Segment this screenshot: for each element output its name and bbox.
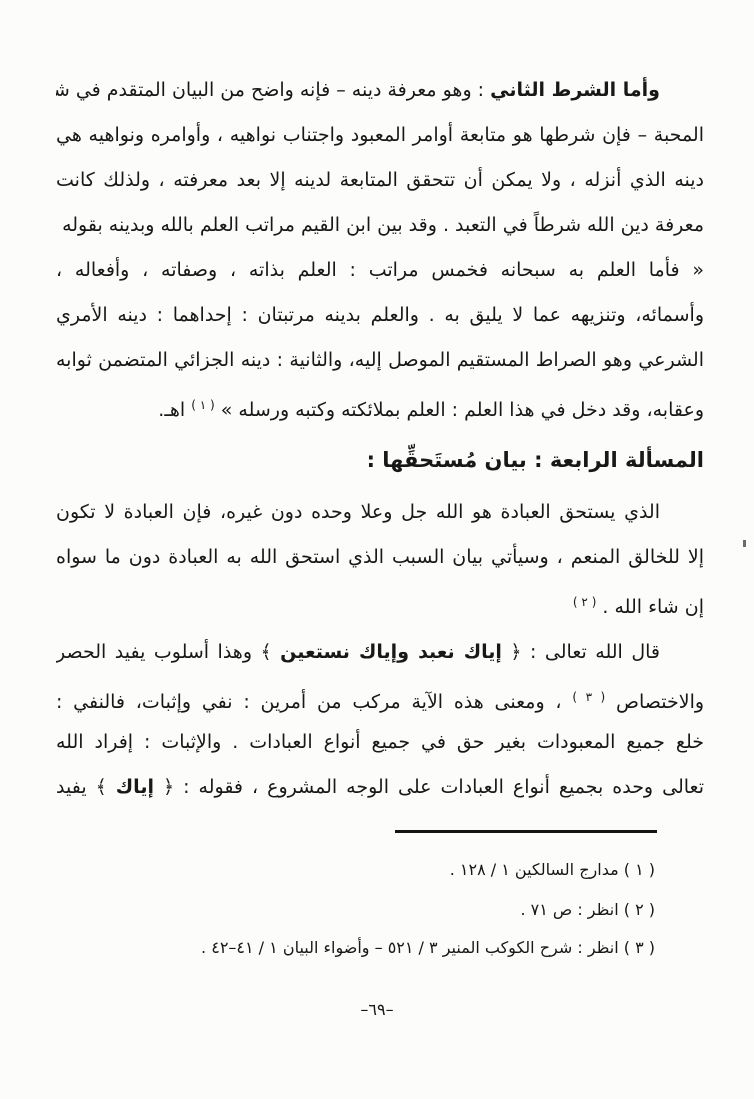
text-line: معرفة دين الله شرطاً في التعبد . وقد بين… (56, 203, 704, 248)
text-segment: معرفة دين الله شرطاً في التعبد . وقد بين… (56, 214, 704, 236)
text-segment: ﴾ يفيد (56, 776, 116, 798)
paragraph: الذي يستحق العبادة هو الله جل وعلا وحده … (56, 490, 704, 625)
footnote: ( ١ ) مدارج السالكين ١ / ١٢٨ . (90, 850, 655, 890)
text-segment: إياك نعبد وإياك نستعين (280, 641, 502, 663)
text-line: الذي يستحق العبادة هو الله جل وعلا وحده … (56, 490, 704, 535)
text-segment: ﴾ وهذا أسلوب يفيد الحصر (56, 641, 280, 663)
text-segment: إلا للخالق المنعم ، وسيأتي بيان السبب ال… (56, 546, 704, 568)
text-segment: اهـ. (158, 399, 191, 421)
text-segment: قال الله تعالى : ﴿ (502, 641, 660, 663)
text-segment: دينه الذي أنزله ، ولا يمكن أن تتحقق المت… (56, 169, 704, 191)
text-segment: المحبة – فإن شرطها هو متابعة أوامر المعب… (56, 124, 704, 146)
section-heading: المسألة الرابعة : بيان مُستَحقِّها : (56, 438, 704, 483)
scanned-book-page: وأما الشرط الثاني : وهو معرفة دينه – فإن… (0, 0, 754, 1099)
text-line: وأسمائه، وتنزيهه عما لا يليق به . والعلم… (56, 293, 704, 338)
text-line: دينه الذي أنزله ، ولا يمكن أن تتحقق المت… (56, 158, 704, 203)
text-line: « فأما العلم به سبحانه فخمس مراتب : العل… (56, 248, 704, 293)
text-line: والاختصاص ( ٣ ) ، ومعنى هذه الآية مركب م… (56, 675, 704, 720)
text-line: خلع جميع المعبودات بغير حق في جميع أنواع… (56, 720, 704, 765)
text-line: تعالى وحده بجميع أنواع العبادات على الوج… (56, 765, 704, 810)
text-segment: وعقابه، وقد دخل في هذا العلم : العلم بمل… (215, 399, 704, 421)
text-line: إن شاء الله . ( ٢ ) (56, 580, 704, 625)
text-line: المحبة – فإن شرطها هو متابعة أوامر المعب… (56, 113, 704, 158)
paragraph: وأما الشرط الثاني : وهو معرفة دينه – فإن… (56, 68, 704, 428)
text-segment: والاختصاص (605, 691, 704, 713)
text-segment: الشرعي وهو الصراط المستقيم الموصل إليه، … (56, 349, 704, 371)
text-segment: خلع جميع المعبودات بغير حق في جميع أنواع… (56, 731, 704, 753)
footnote-marker: ( ٢ ) (573, 595, 596, 609)
paragraph: قال الله تعالى : ﴿ إياك نعبد وإياك نستعي… (56, 630, 704, 810)
text-line: وعقابه، وقد دخل في هذا العلم : العلم بمل… (56, 383, 704, 428)
scan-speck (743, 540, 746, 547)
text-line: إلا للخالق المنعم ، وسيأتي بيان السبب ال… (56, 535, 704, 580)
text-line: الشرعي وهو الصراط المستقيم الموصل إليه، … (56, 338, 704, 383)
text-segment: « فأما العلم به سبحانه فخمس مراتب : العل… (56, 259, 704, 281)
footnote-marker: ( ١ ) (191, 398, 214, 412)
footnote: ( ٣ ) انظر : شرح الكوكب المنير ٣ / ٥٢١ –… (90, 928, 655, 968)
footnote-marker: ( ٣ ) (572, 690, 605, 704)
text-segment: وأسمائه، وتنزيهه عما لا يليق به . والعلم… (56, 304, 704, 326)
text-line: قال الله تعالى : ﴿ إياك نعبد وإياك نستعي… (56, 630, 704, 675)
footnote-separator (395, 830, 657, 833)
text-segment: : وهو معرفة دينه – فإنه واضح من البيان ا… (56, 79, 490, 101)
text-segment: إن شاء الله . (596, 596, 704, 618)
text-segment: تعالى وحده بجميع أنواع العبادات على الوج… (154, 776, 704, 798)
text-segment: ، ومعنى هذه الآية مركب من أمرين : نفي وإ… (56, 691, 572, 713)
text-segment: الذي يستحق العبادة هو الله جل وعلا وحده … (56, 501, 660, 523)
text-segment: إياك (116, 776, 154, 798)
page-number: –٦٩– (0, 1000, 754, 1019)
text-segment: وأما الشرط الثاني (490, 79, 660, 101)
footnote: ( ٢ ) انظر : ص ٧١ . (90, 890, 655, 930)
text-line: وأما الشرط الثاني : وهو معرفة دينه – فإن… (56, 68, 704, 113)
